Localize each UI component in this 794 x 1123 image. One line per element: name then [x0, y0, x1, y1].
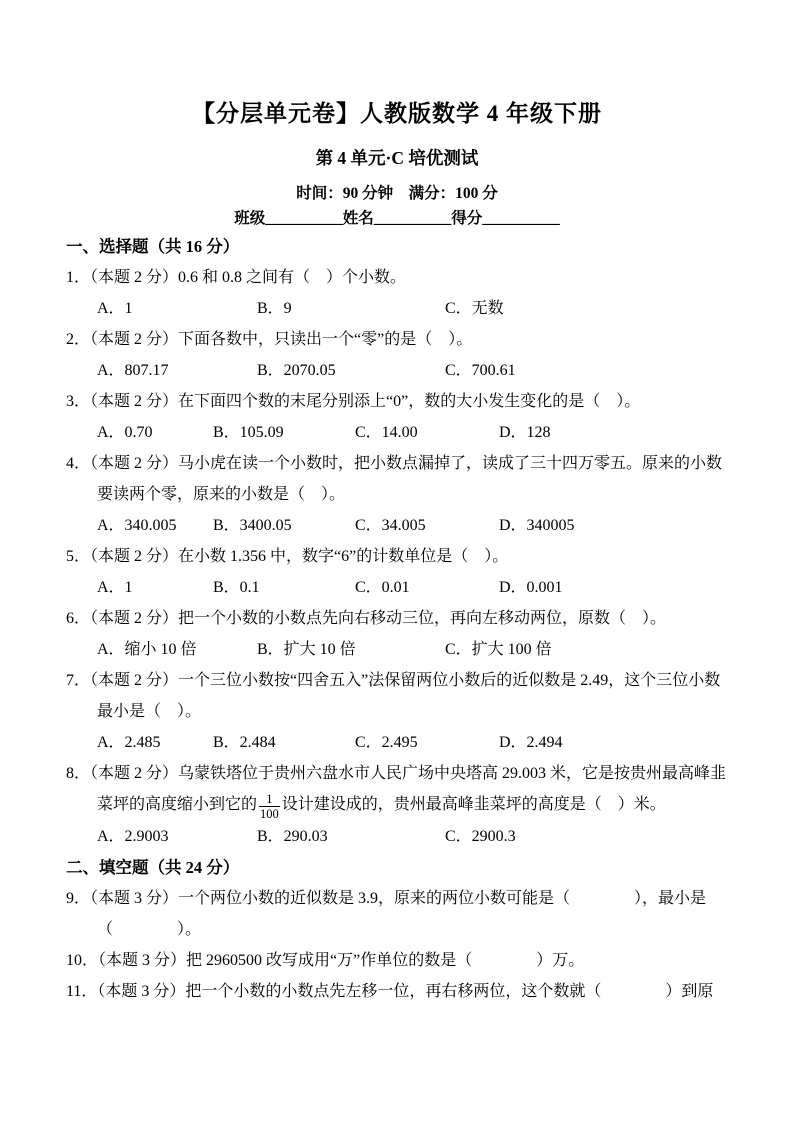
doc-subtitle: 第 4 单元·C 培优测试 — [66, 145, 728, 171]
option-b: B．扩大 10 倍 — [257, 634, 441, 665]
exam-body: 一、选择题（共 16 分） 1．（本题 2 分）0.6 和 0.8 之间有（ ）… — [66, 231, 728, 1007]
option-c: C．700.61 — [445, 355, 516, 386]
option-d: D．0.001 — [499, 572, 563, 603]
option-c: C．2.495 — [355, 727, 495, 758]
question-2: 2．（本题 2 分）下面各数中，只读出一个“零”的是（ ）。 A．807.17 … — [66, 324, 728, 386]
section-2-heading: 二、填空题（共 24 分） — [66, 852, 728, 883]
option-a: A．1 — [97, 572, 209, 603]
option-d: D．2.494 — [499, 727, 563, 758]
option-a: A．807.17 — [97, 355, 253, 386]
question-4: 4．（本题 2 分）马小虎在读一个小数时，把小数点漏掉了，读成了三十四万零五。原… — [66, 448, 728, 541]
option-c: C．0.01 — [355, 572, 495, 603]
question-2-options: A．807.17 B．2070.05 C．700.61 — [66, 355, 728, 386]
question-9-text: 9．（本题 3 分）一个两位小数的近似数是 3.9，原来的两位小数可能是（ ），… — [66, 883, 728, 945]
question-8-options: A．2.9003 B．290.03 C．2900.3 — [66, 821, 728, 852]
option-a: A．1 — [97, 293, 253, 324]
option-a: A．2.485 — [97, 727, 209, 758]
question-5-text: 5．（本题 2 分）在小数 1.356 中，数字“6”的计数单位是（ ）。 — [66, 541, 728, 572]
question-1: 1．（本题 2 分）0.6 和 0.8 之间有（ ）个小数。 A．1 B．9 C… — [66, 262, 728, 324]
question-1-text: 1．（本题 2 分）0.6 和 0.8 之间有（ ）个小数。 — [66, 262, 728, 293]
question-7-text: 7．（本题 2 分）一个三位小数按“四舍五入”法保留两位小数后的近似数是 2.4… — [66, 665, 728, 727]
question-5: 5．（本题 2 分）在小数 1.356 中，数字“6”的计数单位是（ ）。 A．… — [66, 541, 728, 603]
question-5-options: A．1 B．0.1 C．0.01 D．0.001 — [66, 572, 728, 603]
fraction-one-hundredth: 1100 — [259, 792, 280, 822]
option-d: D．340005 — [499, 510, 575, 541]
question-3-text: 3．（本题 2 分）在下面四个数的末尾分别添上“0”，数的大小发生变化的是（ ）… — [66, 386, 728, 417]
option-b: B．2.484 — [213, 727, 351, 758]
fraction-denominator: 100 — [259, 807, 280, 821]
question-2-text: 2．（本题 2 分）下面各数中，只读出一个“零”的是（ ）。 — [66, 324, 728, 355]
option-c: C．34.005 — [355, 510, 495, 541]
option-b: B．3400.05 — [213, 510, 351, 541]
question-4-options: A．340.005 B．3400.05 C．34.005 D．340005 — [66, 510, 728, 541]
option-c: C．无数 — [445, 293, 504, 324]
document-page: 【分层单元卷】人教版数学 4 年级下册 第 4 单元·C 培优测试 时间：90 … — [0, 0, 794, 1123]
option-a: A．340.005 — [97, 510, 209, 541]
option-a: A．2.9003 — [97, 821, 253, 852]
question-4-text: 4．（本题 2 分）马小虎在读一个小数时，把小数点漏掉了，读成了三十四万零五。原… — [66, 448, 728, 510]
question-3: 3．（本题 2 分）在下面四个数的末尾分别添上“0”，数的大小发生变化的是（ ）… — [66, 386, 728, 448]
exam-meta: 时间：90 分钟 满分：100 分 — [66, 182, 728, 206]
option-d: D．128 — [499, 417, 551, 448]
option-b: B．9 — [257, 293, 441, 324]
question-8: 8．（本题 2 分）乌蒙铁塔位于贵州六盘水市人民广场中央塔高 29.003 米，… — [66, 758, 728, 852]
option-b: B．105.09 — [213, 417, 351, 448]
question-1-options: A．1 B．9 C．无数 — [66, 293, 728, 324]
option-b: B．0.1 — [213, 572, 351, 603]
question-3-options: A．0.70 B．105.09 C．14.00 D．128 — [66, 417, 728, 448]
student-fields: 班级__________姓名__________得分__________ — [66, 207, 728, 231]
option-c: C．2900.3 — [445, 821, 516, 852]
question-11-text: 11．（本题 3 分）把一个小数的小数点先左移一位，再右移两位，这个数就（ ）到… — [66, 976, 728, 1007]
question-6-text: 6．（本题 2 分）把一个小数的小数点先向右移动三位，再向左移动两位，原数（ ）… — [66, 603, 728, 634]
question-6-options: A．缩小 10 倍 B．扩大 10 倍 C．扩大 100 倍 — [66, 634, 728, 665]
question-7: 7．（本题 2 分）一个三位小数按“四舍五入”法保留两位小数后的近似数是 2.4… — [66, 665, 728, 758]
question-10-text: 10．（本题 3 分）把 2960500 改写成用“万”作单位的数是（ ）万。 — [66, 945, 728, 976]
section-1-heading: 一、选择题（共 16 分） — [66, 231, 728, 262]
question-7-options: A．2.485 B．2.484 C．2.495 D．2.494 — [66, 727, 728, 758]
option-a: A．缩小 10 倍 — [97, 634, 253, 665]
option-a: A．0.70 — [97, 417, 209, 448]
option-b: B．290.03 — [257, 821, 441, 852]
fraction-numerator: 1 — [259, 792, 280, 807]
question-9: 9．（本题 3 分）一个两位小数的近似数是 3.9，原来的两位小数可能是（ ），… — [66, 883, 728, 945]
question-10: 10．（本题 3 分）把 2960500 改写成用“万”作单位的数是（ ）万。 — [66, 945, 728, 976]
question-8-text-after: 设计建设成的，贵州最高峰韭菜坪的高度是（ ）米。 — [282, 796, 666, 813]
option-c: C．14.00 — [355, 417, 495, 448]
question-6: 6．（本题 2 分）把一个小数的小数点先向右移动三位，再向左移动两位，原数（ ）… — [66, 603, 728, 665]
doc-title: 【分层单元卷】人教版数学 4 年级下册 — [66, 96, 728, 132]
question-8-text: 8．（本题 2 分）乌蒙铁塔位于贵州六盘水市人民广场中央塔高 29.003 米，… — [66, 758, 728, 821]
option-c: C．扩大 100 倍 — [445, 634, 552, 665]
option-b: B．2070.05 — [257, 355, 441, 386]
question-11: 11．（本题 3 分）把一个小数的小数点先左移一位，再右移两位，这个数就（ ）到… — [66, 976, 728, 1007]
